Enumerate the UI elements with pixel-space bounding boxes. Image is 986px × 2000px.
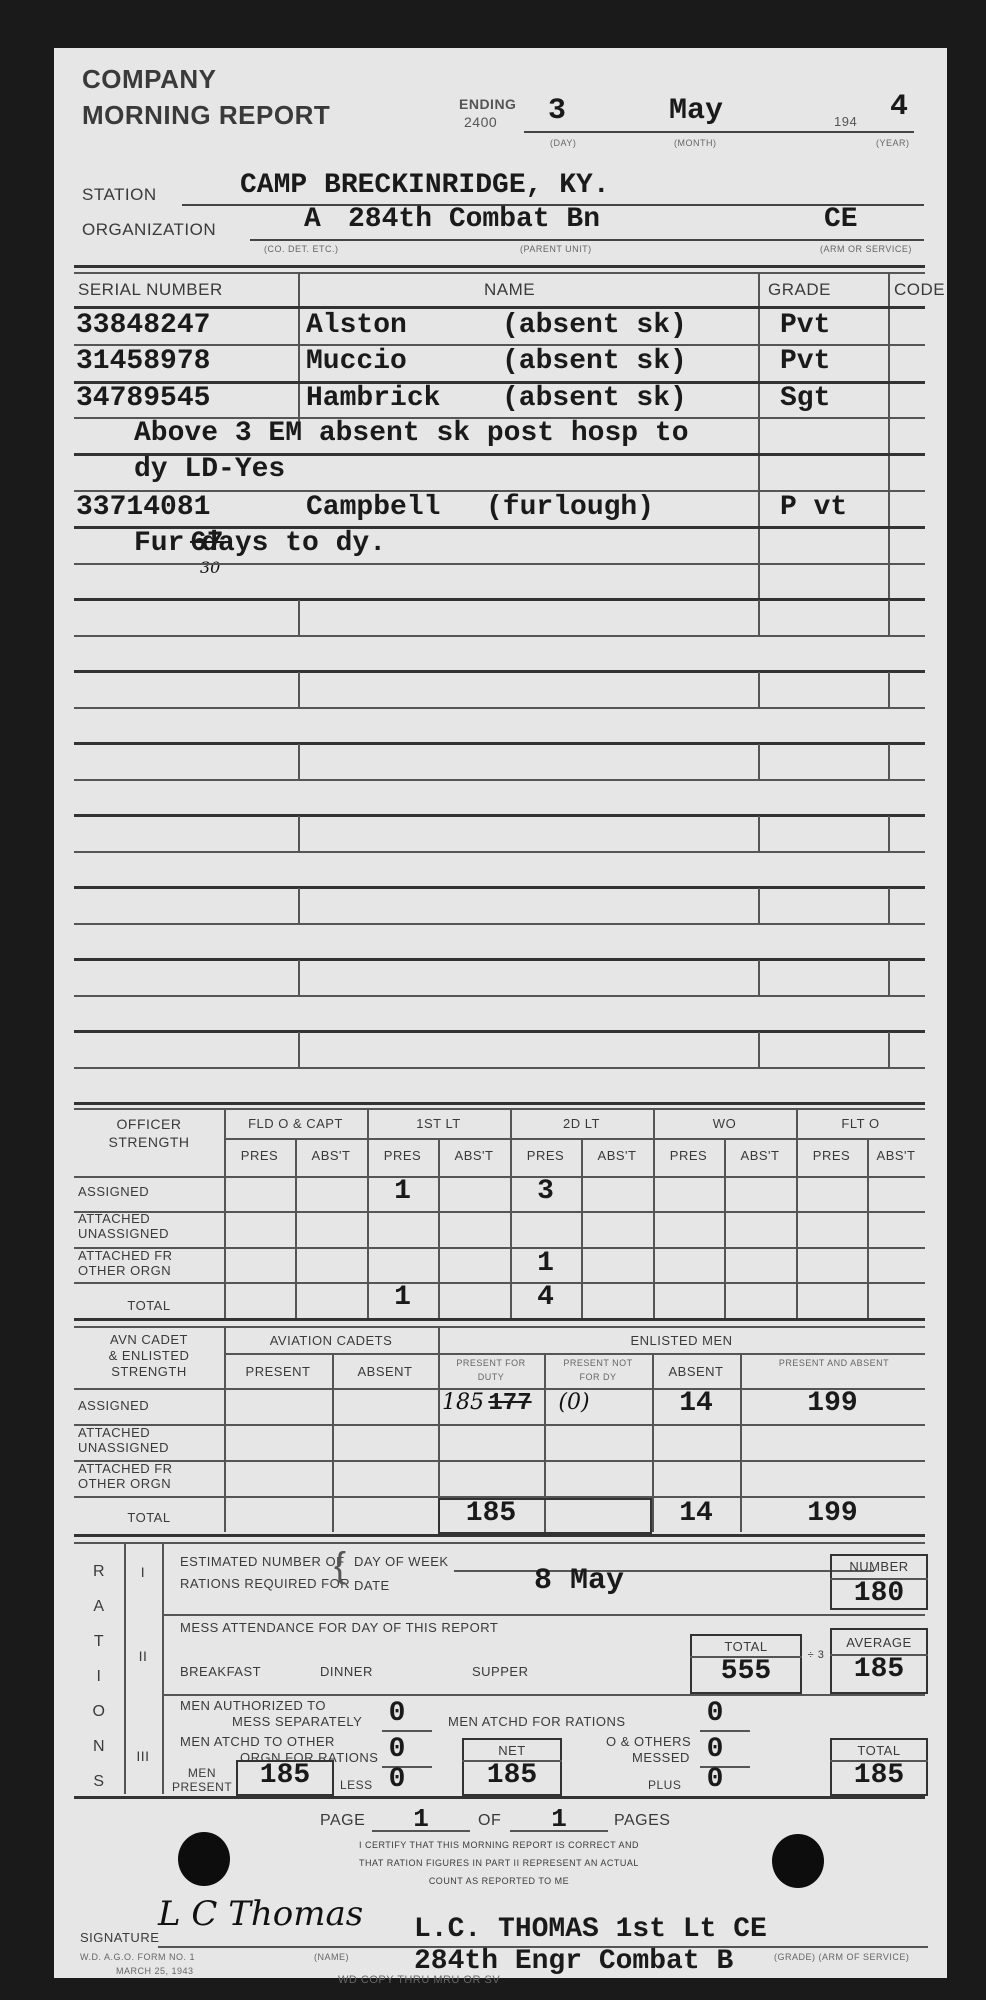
name-caption: (NAME) [314, 1952, 349, 1962]
officer-assigned-2d-lt-pres: 3 [510, 1176, 581, 1207]
remark-line: Above 3 EM absent sk post hosp to [134, 418, 689, 449]
organization-line [250, 239, 924, 241]
col-cadets-absent: ABSENT [332, 1364, 438, 1379]
divider [74, 563, 925, 565]
header-code: CODE [894, 280, 945, 300]
letter: R [74, 1554, 124, 1589]
col-divider [438, 1270, 440, 1318]
col-divider [332, 1353, 334, 1532]
enlisted-strength-title: STRENGTH [74, 1364, 224, 1379]
rations-total-label: TOTAL [830, 1743, 928, 1758]
col-divider [653, 1108, 655, 1270]
divider [74, 814, 925, 817]
divider [224, 1353, 925, 1355]
soldier-grade: Sgt [780, 383, 830, 414]
station-label: STATION [82, 185, 157, 205]
sub-pres: PRES [224, 1148, 295, 1163]
col-divider [162, 1542, 164, 1794]
men-atchd-rations-label: MEN ATCHD FOR RATIONS [448, 1714, 626, 1729]
divider [74, 742, 925, 745]
col-divider [796, 1270, 798, 1318]
divider [74, 272, 925, 274]
remark-line: dy LD-Yes [134, 454, 285, 485]
col-divider [224, 1270, 226, 1318]
part-i-numeral: I [124, 1564, 162, 1580]
ending-label: ENDING [459, 96, 516, 112]
station-value: CAMP BRECKINRIDGE, KY. [240, 170, 610, 201]
officer-assigned-1st-lt-pres: 1 [367, 1176, 438, 1207]
grade-caption: (GRADE) (ARM OF SERVICE) [774, 1952, 909, 1962]
divider [74, 923, 925, 925]
header-name: NAME [484, 280, 535, 300]
page-number: 1 [372, 1804, 470, 1834]
em-total-present-and-absent: 199 [740, 1498, 925, 1529]
certify-text: COUNT AS REPORTED TO ME [254, 1876, 744, 1886]
morning-report-form: COMPANY MORNING REPORT ENDING 2400 3 May… [54, 48, 947, 1978]
date-line [524, 131, 914, 133]
col-divider [653, 1270, 655, 1318]
supper-label: SUPPER [472, 1664, 528, 1679]
part-ii-numeral: II [124, 1648, 162, 1664]
form-title-company: COMPANY [82, 64, 216, 95]
col-divider [298, 816, 300, 851]
col-divider [224, 1108, 226, 1270]
mess-separately-label: MESS SEPARATELY [232, 1714, 362, 1729]
underline [700, 1730, 750, 1732]
men-atchd-rations-value: 0 [700, 1698, 730, 1729]
officer-total-2d-lt-pres: 4 [510, 1282, 581, 1313]
serial-number: 34789545 [76, 383, 210, 414]
mess-total-label: TOTAL [690, 1639, 802, 1654]
year-caption: (YEAR) [876, 138, 910, 148]
row-label-assigned: ASSIGNED [78, 1398, 149, 1413]
col-divider [724, 1270, 726, 1318]
col-divider [888, 888, 890, 923]
plus-label: PLUS [648, 1778, 681, 1792]
divider [74, 958, 925, 961]
soldier-grade: Pvt [780, 310, 830, 341]
serial-number: 33714081 [76, 492, 210, 523]
officer-attached-2d-lt-pres: 1 [510, 1248, 581, 1279]
row-label-assigned: ASSIGNED [78, 1184, 149, 1199]
col-divider [888, 272, 890, 604]
sub-pres: PRES [367, 1148, 438, 1163]
col-cadets-present: PRESENT [224, 1364, 332, 1379]
letter: N [74, 1729, 124, 1764]
letter: T [74, 1624, 124, 1659]
rations-required-label: RATIONS REQUIRED FOR [180, 1576, 350, 1591]
soldier-status: (absent sk) [502, 346, 687, 377]
unit-line: 284th Engr Combat B [414, 1946, 733, 1977]
punch-hole [772, 1834, 824, 1888]
divider [74, 1326, 925, 1328]
group-enlisted-men: ENLISTED MEN [438, 1333, 925, 1348]
divider [74, 779, 925, 781]
divide-by-three: ÷ 3 [804, 1644, 828, 1666]
company-caption: (CO. DET. ETC.) [264, 244, 339, 254]
soldier-status: (absent sk) [502, 383, 687, 414]
parent-caption: (PARENT UNIT) [520, 244, 592, 254]
divider [74, 1067, 925, 1069]
divider [74, 265, 925, 268]
handwritten-present-not-for-dy: (0) [544, 1390, 604, 1415]
col-divider [224, 1326, 226, 1532]
year-prefix: 194 [834, 114, 857, 129]
report-month: May [669, 94, 723, 128]
divider [74, 1542, 925, 1544]
divider [74, 1102, 925, 1105]
col-divider [758, 744, 760, 779]
row-label-total: TOTAL [74, 1510, 224, 1525]
divider [74, 670, 925, 673]
col-divider [298, 272, 300, 432]
letter: A [74, 1589, 124, 1624]
soldier-status: (furlough) [486, 492, 654, 523]
part-iii-numeral: III [124, 1748, 162, 1764]
col-divider [758, 960, 760, 995]
header-grade: GRADE [768, 280, 831, 300]
sub-pres: PRES [510, 1148, 581, 1163]
col-divider [888, 672, 890, 707]
mess-average-value: 185 [830, 1654, 928, 1685]
sub-abst: ABS'T [438, 1148, 510, 1163]
col-divider [888, 1032, 890, 1067]
soldier-grade: P vt [780, 492, 847, 523]
net-value: 185 [462, 1760, 562, 1791]
col-divider [758, 672, 760, 707]
form-number: W.D. A.G.O. FORM NO. 1 [80, 1952, 195, 1962]
org-parent-unit: 284th Combat Bn [348, 204, 600, 235]
col-divider [758, 272, 760, 604]
group-1st-lt: 1ST LT [367, 1116, 510, 1131]
divider [74, 1318, 925, 1321]
divider [74, 1176, 925, 1178]
average-label: AVERAGE [830, 1635, 928, 1650]
atchd-other-value: 0 [382, 1734, 412, 1765]
group-fld-o-capt: FLD O & CAPT [224, 1116, 367, 1131]
row-label-total: TOTAL [74, 1298, 224, 1313]
org-company: A [304, 204, 321, 235]
others-label: O & OTHERS [606, 1734, 691, 1749]
group-2d-lt: 2D LT [510, 1116, 653, 1131]
letter: O [74, 1694, 124, 1729]
col-divider [867, 1270, 869, 1318]
col-em-absent: ABSENT [652, 1364, 740, 1379]
col-divider [758, 888, 760, 923]
form-title-morning-report: MORNING REPORT [82, 100, 330, 131]
rations-number-value: 180 [830, 1578, 928, 1609]
rations-date-value: 8 May [534, 1564, 624, 1598]
col-divider [298, 744, 300, 779]
col-divider [298, 960, 300, 995]
divider [74, 995, 925, 997]
brace: { [334, 1544, 347, 1586]
letter: S [74, 1764, 124, 1799]
pages-label: PAGES [614, 1812, 670, 1830]
less-label: LESS [340, 1778, 373, 1792]
col-divider [758, 1032, 760, 1067]
col-divider [758, 600, 760, 635]
header-serial: SERIAL NUMBER [78, 280, 223, 300]
struck-days: 67 [190, 528, 224, 559]
men-present-label: MEN PRESENT [172, 1766, 232, 1794]
col-divider [888, 600, 890, 635]
plus-value: 0 [700, 1764, 730, 1795]
divider [74, 886, 925, 889]
col-divider [295, 1270, 297, 1318]
certify-text: THAT RATION FIGURES IN PART II REPRESENT… [254, 1858, 744, 1868]
breakfast-label: BREAKFAST [180, 1664, 261, 1679]
underline [382, 1730, 432, 1732]
col-divider [298, 600, 300, 635]
divider [74, 707, 925, 709]
form-date: MARCH 25, 1943 [116, 1966, 194, 1976]
ending-time: 2400 [464, 114, 497, 130]
col-divider [758, 816, 760, 851]
officer-total-1st-lt-pres: 1 [367, 1282, 438, 1313]
remark-line: Fur days to dy. [134, 528, 386, 559]
em-assigned-absent: 14 [652, 1388, 740, 1419]
day-caption: (DAY) [550, 138, 576, 148]
sub-abst: ABS'T [724, 1148, 796, 1163]
month-caption: (MONTH) [674, 138, 717, 148]
enlisted-strength-title: & ENLISTED [74, 1348, 224, 1363]
em-total-absent: 14 [652, 1498, 740, 1529]
signature: L C Thomas [158, 1894, 363, 1934]
serial-number: 33848247 [76, 310, 210, 341]
divider [74, 598, 925, 601]
number-label: NUMBER [830, 1559, 928, 1574]
serial-number: 31458978 [76, 346, 210, 377]
of-label: OF [478, 1812, 501, 1830]
enlisted-strength-title: AVN CADET [74, 1332, 224, 1347]
men-present-value: 185 [236, 1760, 334, 1791]
dinner-label: DINNER [320, 1664, 373, 1679]
messed-label: MESSED [632, 1750, 690, 1765]
report-day: 3 [548, 94, 566, 128]
mess-attendance-label: MESS ATTENDANCE FOR DAY OF THIS REPORT [180, 1620, 498, 1635]
less-value: 0 [382, 1764, 412, 1795]
divider [74, 306, 925, 309]
soldier-grade: Pvt [780, 346, 830, 377]
rations-side-label: R A T I O N S [74, 1554, 124, 1799]
col-divider [581, 1270, 583, 1318]
certify-text: I CERTIFY THAT THIS MORNING REPORT IS CO… [254, 1840, 744, 1850]
organization-label: ORGANIZATION [82, 220, 216, 240]
mess-separately-value: 0 [382, 1698, 412, 1729]
col-divider [298, 888, 300, 923]
soldier-status: (absent sk) [502, 310, 687, 341]
divider [74, 1030, 925, 1033]
total-pages: 1 [510, 1804, 608, 1834]
divider [74, 1796, 925, 1799]
sub-abst: ABS'T [867, 1148, 925, 1163]
soldier-name: Muccio [306, 346, 407, 377]
sub-pres: PRES [653, 1148, 724, 1163]
officer-strength-title: OFFICER [74, 1116, 224, 1132]
men-atchd-other-label: MEN ATCHD TO OTHER [180, 1734, 335, 1749]
col-divider [888, 816, 890, 851]
sub-pres: PRES [796, 1148, 867, 1163]
officer-strength-title: STRENGTH [74, 1134, 224, 1150]
divider [162, 1694, 925, 1696]
divider [162, 1614, 925, 1616]
dow-line [454, 1570, 874, 1572]
col-present-for-duty: PRESENT FOR DUTY [446, 1356, 536, 1384]
em-total-present-for-duty: 185 [438, 1498, 544, 1529]
sub-abst: ABS'T [581, 1148, 653, 1163]
divider [74, 851, 925, 853]
divider [224, 1138, 925, 1140]
rations-estimated-label: ESTIMATED NUMBER OF [180, 1554, 345, 1569]
net-label: NET [462, 1743, 562, 1758]
handwritten-days: 30 [200, 558, 220, 577]
letter: I [74, 1659, 124, 1694]
group-flt-o: FLT O [796, 1116, 925, 1131]
date-label: DATE [354, 1578, 390, 1593]
group-aviation-cadets: AVIATION CADETS [224, 1333, 438, 1348]
day-of-week-label: DAY OF WEEK [354, 1554, 449, 1569]
divider [74, 1534, 925, 1537]
mess-total-value: 555 [690, 1656, 802, 1687]
soldier-name: Campbell [306, 492, 440, 523]
divider [74, 635, 925, 637]
col-present-not-for-dy: PRESENT NOT FOR DY [552, 1356, 644, 1384]
row-label-attached-unassigned: ATTACHED UNASSIGNED [78, 1211, 218, 1241]
report-year: 4 [890, 90, 908, 124]
soldier-name: Hambrick [306, 383, 440, 414]
row-label-attached-fr-other: ATTACHED FR OTHER ORGN [78, 1461, 218, 1491]
men-authorized-label: MEN AUTHORIZED TO [180, 1698, 326, 1713]
arm-caption: (ARM OR SERVICE) [820, 244, 912, 254]
others-messed-value: 0 [700, 1734, 730, 1765]
col-divider [298, 1032, 300, 1067]
org-arm: CE [824, 204, 858, 235]
col-divider [888, 744, 890, 779]
sub-abst: ABS'T [295, 1148, 367, 1163]
col-present-and-absent: PRESENT AND ABSENT [754, 1356, 914, 1370]
row-label-attached-fr-other: ATTACHED FR OTHER ORGN [78, 1248, 218, 1278]
signature-label: SIGNATURE [80, 1930, 159, 1945]
col-divider [888, 960, 890, 995]
soldier-name: Alston [306, 310, 407, 341]
rations-total-value: 185 [830, 1760, 928, 1791]
punch-hole [178, 1832, 230, 1886]
em-assigned-present-and-absent: 199 [740, 1388, 925, 1419]
col-divider [298, 672, 300, 707]
row-label-attached-unassigned: ATTACHED UNASSIGNED [78, 1425, 218, 1455]
typed-name: L.C. THOMAS 1st Lt CE [414, 1914, 767, 1945]
struck-present-for-duty: 177 [480, 1390, 540, 1417]
col-divider [796, 1108, 798, 1270]
group-wo: WO [653, 1116, 796, 1131]
page-label: PAGE [320, 1812, 365, 1830]
